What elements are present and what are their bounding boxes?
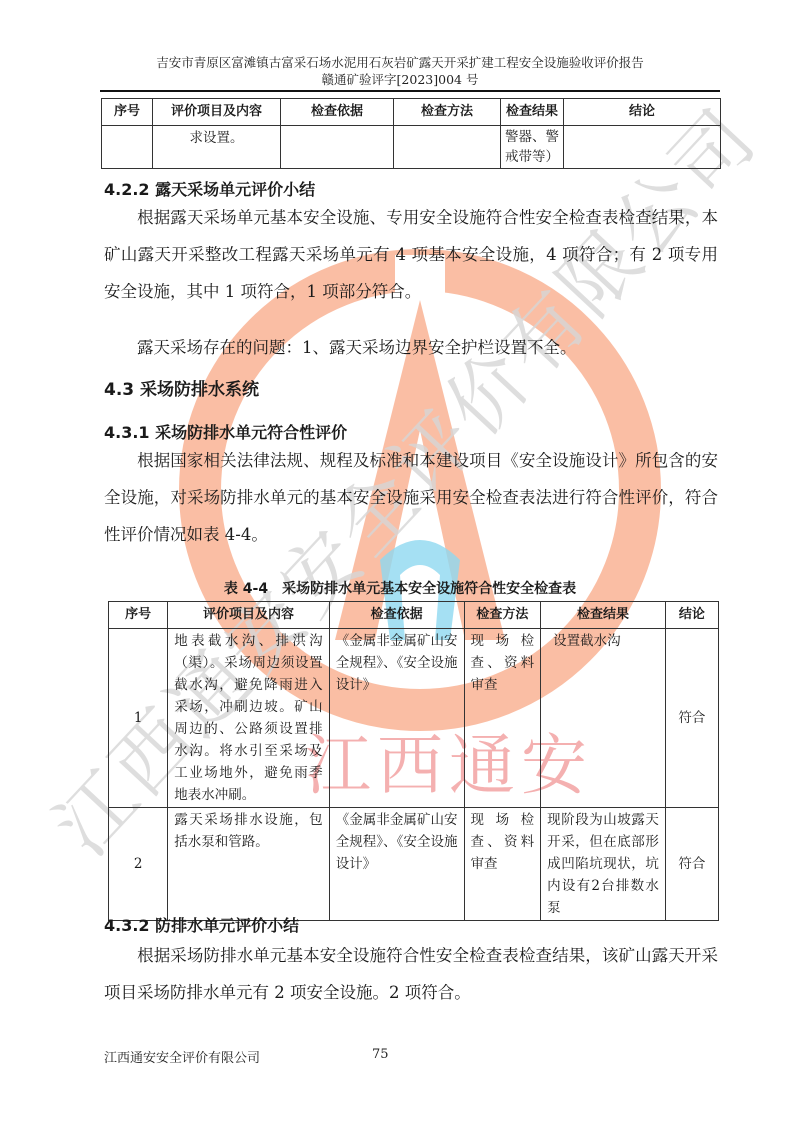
table-4-4-caption: 表 4-4 采场防排水单元基本安全设施符合性安全检查表 [0,578,800,598]
col-header-result: 检查结果 [541,602,666,629]
cell-no [102,126,153,169]
section-4-2-2-paragraph-1: 根据露天采场单元基本安全设施、专用安全设施符合性安全检查表检查结果，本矿山露天开… [104,199,718,310]
table-4-4: 序号 评价项目及内容 检查依据 检查方法 检查结果 结论 1 地表截水沟、排洪沟… [108,601,719,921]
table-row: 求设置。 警器、警戒带等） [102,126,721,169]
table-row: 1 地表截水沟、排洪沟（渠）。采场周边须设置截水沟，避免降雨进入采场，冲刷边坡。… [109,629,719,808]
col-header-result: 检查结果 [501,99,564,126]
col-header-basis: 检查依据 [281,99,394,126]
cell-result: 现阶段为山坡露天开采，但在底部形成凹陷坑现状，坑内设有2台排数水泵 [541,808,666,921]
table-header-row: 序号 评价项目及内容 检查依据 检查方法 检查结果 结论 [102,99,721,126]
cell-conclusion: 符合 [665,808,718,921]
col-header-item: 评价项目及内容 [168,602,329,629]
footer-page-number: 75 [372,1047,389,1062]
header-rule [100,90,720,92]
cell-method: 现场检查、资料审查 [464,808,541,921]
cell-basis [281,126,394,169]
section-4-2-2-paragraph-2: 露天采场存在的问题：1、露天采场边界安全护栏设置不全。 [104,329,718,366]
col-header-basis: 检查依据 [329,602,464,629]
cell-no: 2 [109,808,168,921]
cell-method [394,126,501,169]
cell-item: 求设置。 [153,126,281,169]
section-heading-4-3-2: 4.3.2 防排水单元评价小结 [104,913,299,936]
section-4-3-1-paragraph: 根据国家相关法律法规、规程及标准和本建设项目《安全设施设计》所包含的安全设施，对… [104,442,718,553]
continuation-table: 序号 评价项目及内容 检查依据 检查方法 检查结果 结论 求设置。 警器、警戒带… [101,98,721,169]
col-header-no: 序号 [102,99,153,126]
col-header-method: 检查方法 [464,602,541,629]
section-heading-4-3: 4.3 采场防排水系统 [104,375,259,400]
cell-item: 地表截水沟、排洪沟（渠）。采场周边须设置截水沟，避免降雨进入采场，冲刷边坡。矿山… [168,629,329,808]
report-title: 吉安市青原区富滩镇古富采石场水泥用石灰岩矿露天开采扩建工程安全设施验收评价报告 [0,55,800,71]
section-heading-4-3-1: 4.3.1 采场防排水单元符合性评价 [104,420,347,443]
cell-conclusion: 符合 [665,629,718,808]
cell-result: 设置截水沟 [541,629,666,808]
cell-basis: 《金属非金属矿山安全规程》、《安全设施设计》 [329,629,464,808]
cell-basis: 《金属非金属矿山安全规程》、《安全设施设计》 [329,808,464,921]
col-header-item: 评价项目及内容 [153,99,281,126]
cell-method: 现场检查、资料审查 [464,629,541,808]
cell-conclusion [564,126,721,169]
col-header-no: 序号 [109,602,168,629]
section-4-3-2-paragraph: 根据采场防排水单元基本安全设施符合性安全检查表检查结果，该矿山露天开采项目采场防… [104,937,718,1011]
footer-company: 江西通安安全评价有限公司 [104,1047,260,1066]
col-header-method: 检查方法 [394,99,501,126]
col-header-conclusion: 结论 [665,602,718,629]
report-doc-number: 赣通矿验评字[2023]004 号 [0,72,800,88]
cell-result: 警器、警戒带等） [501,126,564,169]
table-header-row: 序号 评价项目及内容 检查依据 检查方法 检查结果 结论 [109,602,719,629]
cell-item: 露天采场排水设施，包括水泵和管路。 [168,808,329,921]
table-row: 2 露天采场排水设施，包括水泵和管路。 《金属非金属矿山安全规程》、《安全设施设… [109,808,719,921]
section-heading-4-2-2: 4.2.2 露天采场单元评价小结 [104,177,315,200]
cell-no: 1 [109,629,168,808]
col-header-conclusion: 结论 [564,99,721,126]
